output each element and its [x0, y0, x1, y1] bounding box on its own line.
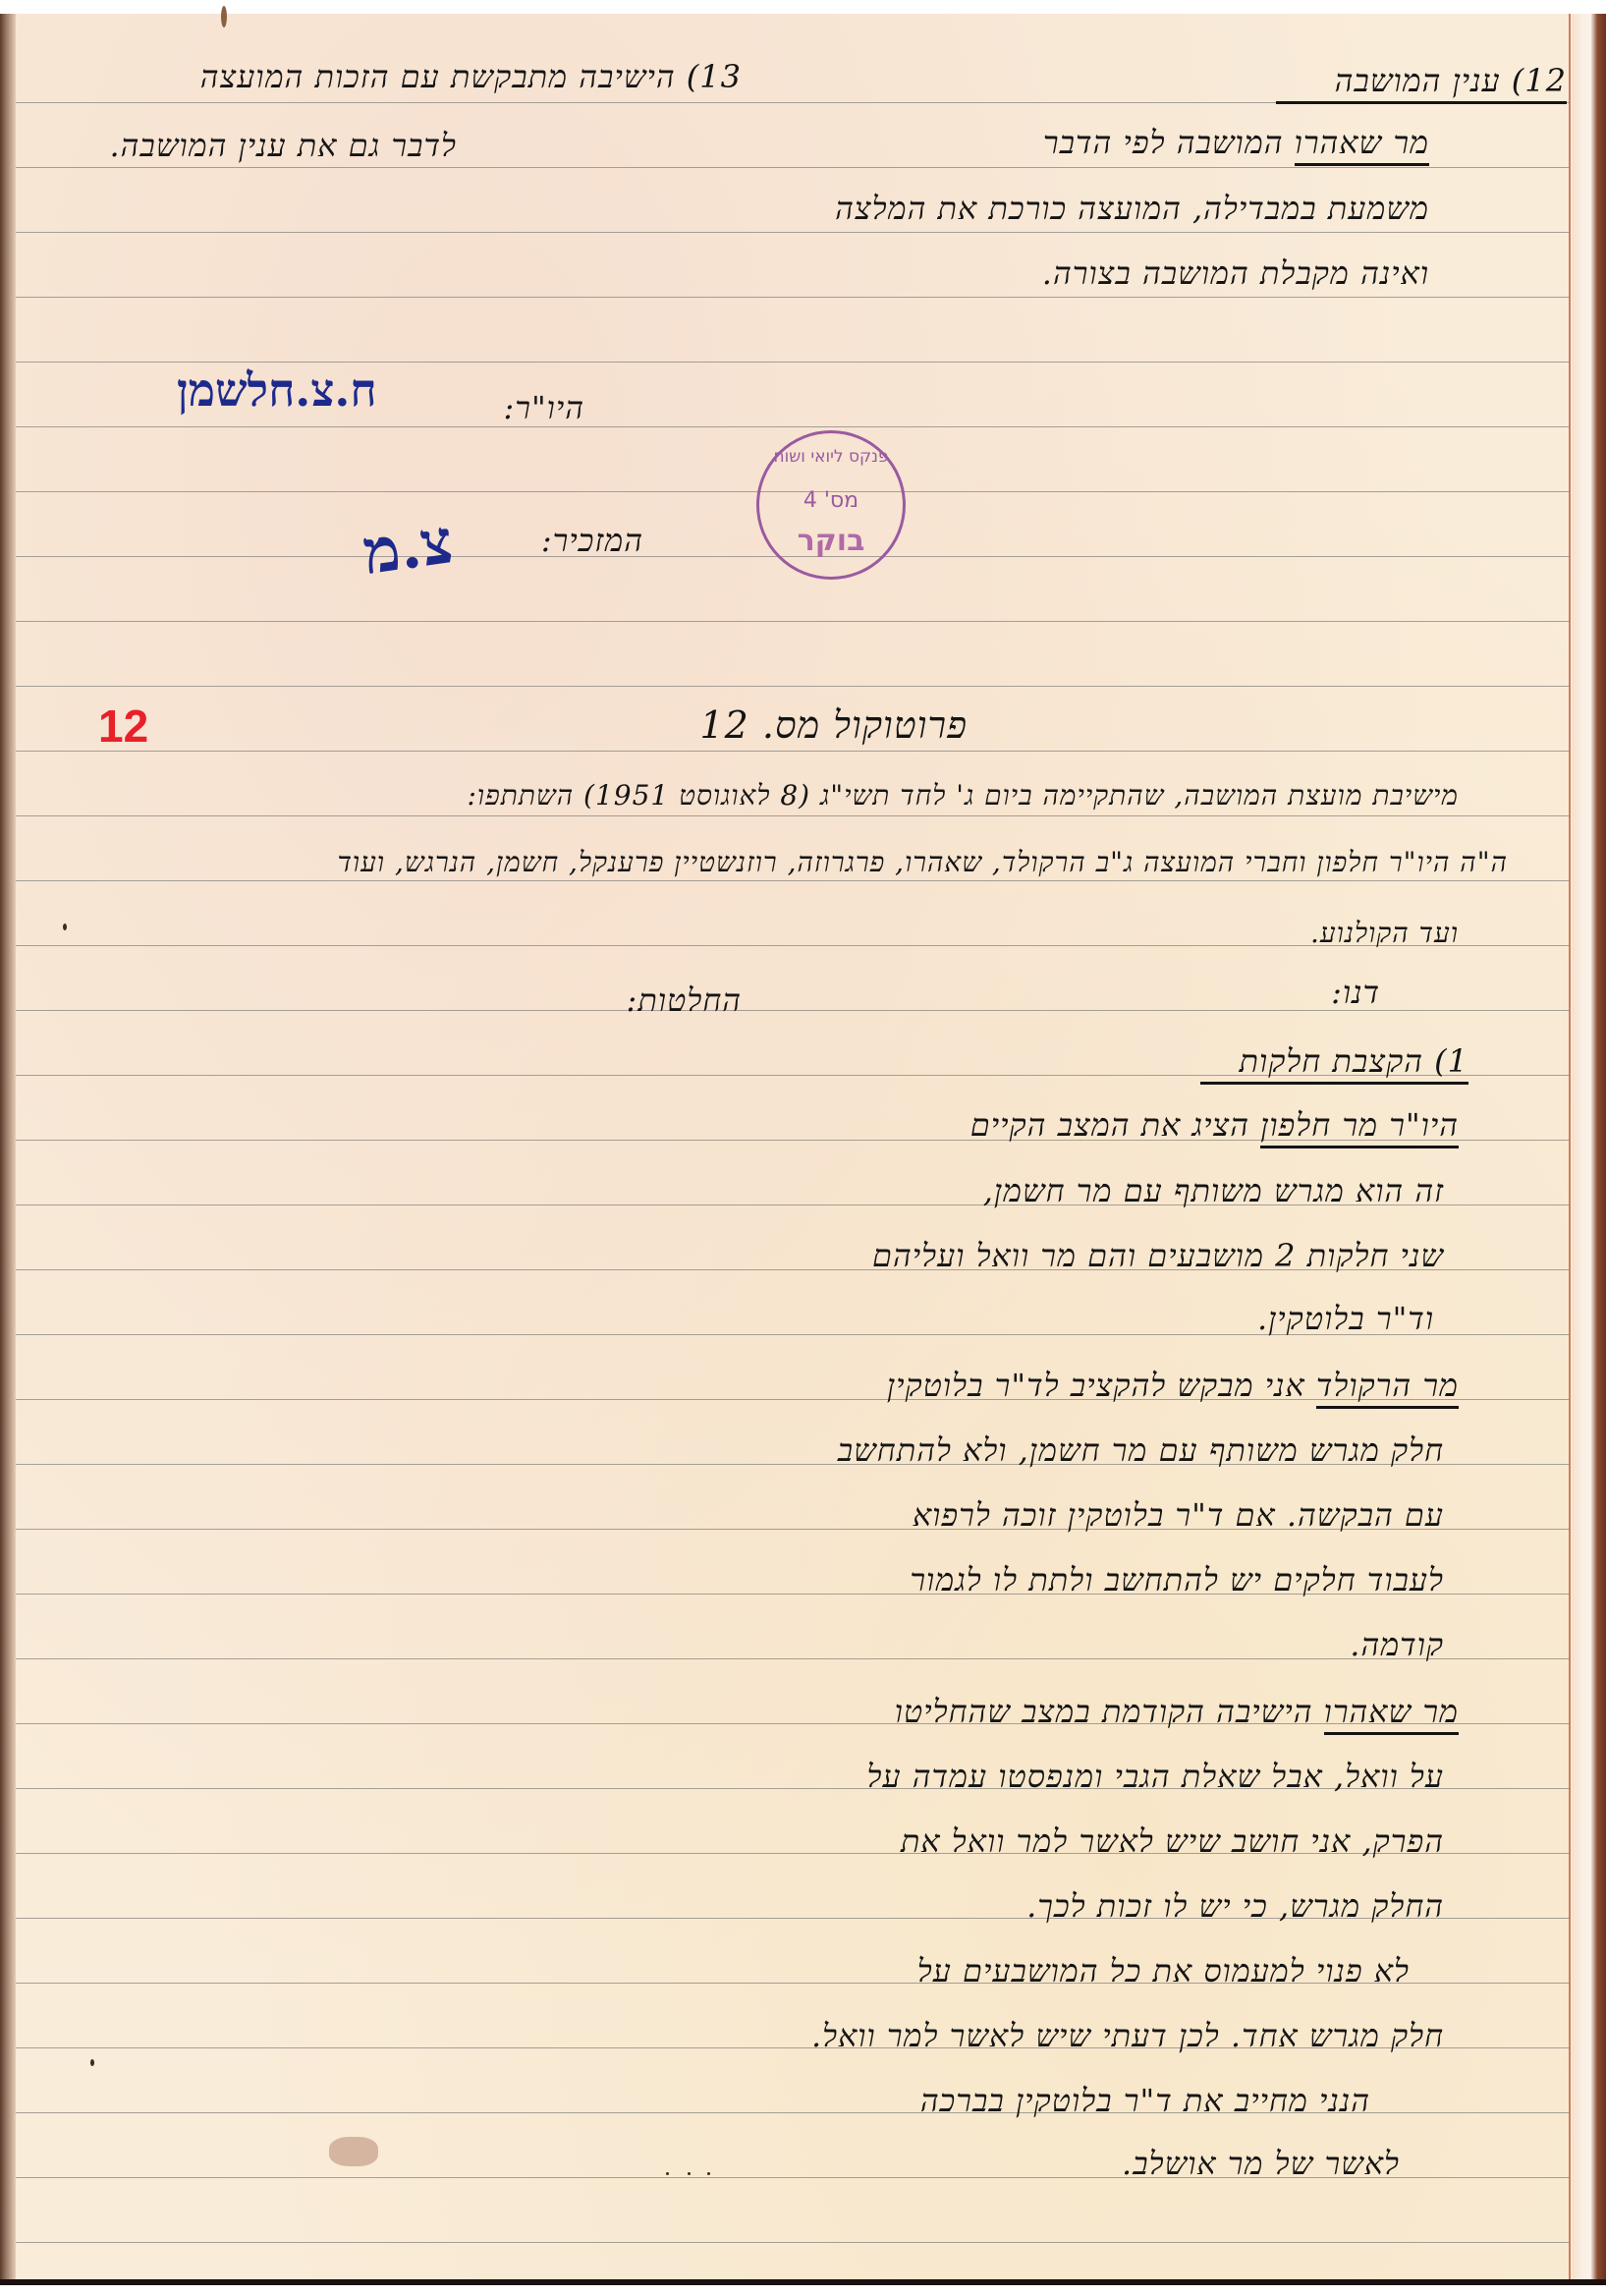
paper-speck: [63, 924, 67, 930]
chair-line-1-rest: הציג את המצב הקיים: [970, 1106, 1249, 1144]
statement-line-a: לא פנוי למעמוס את כל המושבעים על: [917, 1951, 1410, 1990]
paper-speck: [90, 2059, 94, 2066]
harkold-statement-line-1: מר הרקולד אני מבקש להקציב לד"ר בלוטקין: [887, 1366, 1459, 1405]
ruled-line: [16, 1658, 1570, 1659]
item-1-heading: 1) הקצבת חלקות: [1200, 1041, 1469, 1081]
chair-statement-line-2: זה הוא מגרש משותף עם מר חשמן,: [983, 1171, 1444, 1210]
chair-statement-line-1: היו"ר מר חלפון הציג את המצב הקיים: [970, 1105, 1459, 1145]
protocol-intro-line-3: ועד הקולנוע.: [1310, 914, 1459, 953]
statement-line-c: הנני מחייב את ד"ר בלוטקין בברכה: [920, 2081, 1370, 2120]
stamp-top-text: פנקס ליואי ושוח: [759, 447, 903, 467]
ruled-line: [16, 426, 1570, 427]
ruled-line: [16, 362, 1570, 363]
protocol-title: פרוטוקול מס. 12: [699, 705, 968, 745]
paper-speck: [666, 2172, 669, 2175]
item-12-heading: 12) ענין המושבה: [1276, 61, 1567, 100]
ink-smudge: [329, 2137, 378, 2166]
speaker-harkold: מר הרקולד: [1316, 1367, 1459, 1409]
discussion-label: דנו:: [1331, 973, 1380, 1012]
shaharu-statement-line-1: מר שאהרו הישיבה הקודמת במצב שהחליטו: [895, 1692, 1459, 1731]
page-right-edge: [1572, 14, 1606, 2283]
ruled-line: [16, 815, 1570, 816]
harkold-statement-line-4: לעבוד חלקים יש להתחשב ולתת לו לגמור: [910, 1560, 1444, 1599]
secretary-signature: צ.מ: [359, 505, 457, 589]
ruled-line: [16, 167, 1570, 168]
page-left-edge: [0, 14, 16, 2283]
item-12-line-1: מר שאהרו המושבה לפי הדבר: [1043, 123, 1429, 162]
speaker-shaharu: מר שאהרו: [1295, 124, 1429, 166]
paper-speck: [707, 2172, 710, 2175]
margin-line: [1569, 14, 1571, 2283]
speaker-shaharu-2: מר שאהרו: [1324, 1693, 1459, 1735]
item-12-line-1-rest: המושבה לפי הדבר: [1043, 124, 1284, 161]
statement-line-b: חלק מגרש אחד. לכן דעתי שיש לאשר למר וואל…: [811, 2016, 1444, 2055]
protocol-intro-line-1: מישיבת מועצת המושבה, שהתקיימה ביום ג' לח…: [467, 776, 1459, 815]
harkold-statement-line-3: עם הבקשה. אם ד"ר בלוטקין זוכה לרפוא: [913, 1495, 1444, 1535]
harkold-statement-line-5: קודמה.: [1350, 1625, 1444, 1664]
harkold-statement-line-2: חלק מגרש משותף עם מר חשמן, ולא להתחשב: [838, 1430, 1444, 1470]
paper-speck: [688, 2172, 691, 2175]
item-13-line-1: 13) הישיבה מתבקשת עם הזכות המועצה: [200, 57, 742, 96]
stamp-middle-text: מס' 4: [759, 488, 903, 513]
item-12-line-3: ואינה מקבלת המושבה בצורה.: [1042, 253, 1429, 293]
chair-statement-line-4: וד"ר בלוטקין.: [1257, 1299, 1434, 1338]
chair-statement-line-3: שני חלקות 2 מושבעים והם מר וואל ועליהם: [872, 1236, 1444, 1275]
stamp-bottom-text: בוקר: [759, 524, 903, 558]
chair-label: היו"ר:: [503, 388, 584, 427]
page-number: 12: [98, 700, 148, 753]
shaharu-statement-line-3: הפרק, אני חושב שיש לאשר למר וואל את: [901, 1821, 1444, 1861]
shaharu-line-1-rest: הישיבה הקודמת במצב שהחליטו: [895, 1693, 1313, 1730]
paper-speck: [221, 6, 227, 28]
page-bottom-edge: [0, 2279, 1606, 2285]
item-12-heading-text: 12) ענין המושבה: [1276, 62, 1567, 104]
ruled-line: [16, 621, 1570, 622]
shaharu-statement-line-4: החלק מגרש, כי יש לו זכות לכך.: [1026, 1886, 1444, 1926]
ruled-line: [16, 297, 1570, 298]
chair-signature: ח.צ.חלשמן: [177, 364, 377, 417]
ruled-line: [16, 2242, 1570, 2243]
item-1-heading-text: 1) הקצבת חלקות: [1200, 1042, 1469, 1085]
item-12-line-2: משמעת במבדילה, המועצה כורכת את המלצה: [835, 189, 1429, 228]
speaker-chair: היו"ר מר חלפון: [1260, 1106, 1459, 1148]
secretary-label: המזכיר:: [541, 521, 643, 560]
ruled-line: [16, 686, 1570, 687]
item-13-line-2: לדבר גם את ענין המושבה.: [109, 126, 457, 165]
shaharu-statement-line-2: על וואל, אבל שאלת הגבי ומנפסטו עמדה על: [866, 1757, 1444, 1796]
ruled-line: [16, 751, 1570, 752]
harkold-line-1-rest: אני מבקש להקציב לד"ר בלוטקין: [887, 1367, 1305, 1404]
statement-line-d: לאשר של מר אושלב.: [1122, 2144, 1400, 2183]
ruled-line: [16, 232, 1570, 233]
notebook-page: [0, 14, 1606, 2283]
decisions-label: החלטות:: [627, 980, 742, 1020]
official-stamp: פנקס ליואי ושוח מס' 4 בוקר: [756, 430, 906, 580]
protocol-intro-line-2: ה"ה היו"ר חלפון וחברי המועצה ג"ב הרקולד,…: [337, 843, 1508, 882]
